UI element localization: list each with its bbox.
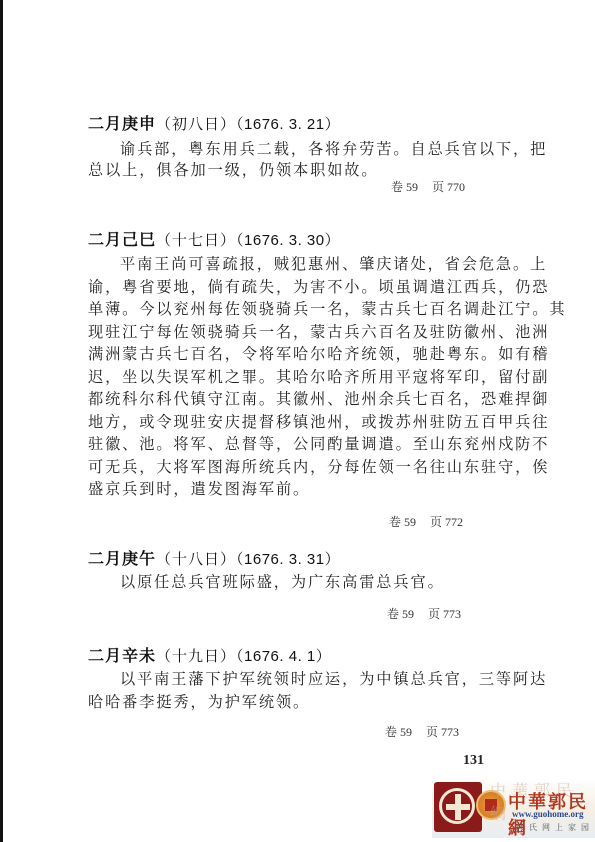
watermark-slogan: 郭氏网上家园 [516, 822, 594, 833]
reference-page: 页 773 [428, 607, 461, 621]
entry-lunar-day: （十九日） [156, 647, 236, 665]
entry-text-line: 盛京兵到时，遣发图海军前。 [88, 479, 530, 499]
entry-text-line: 可无兵，大将军图海所统兵内，分每佐领一名往山东驻守，俟 [88, 457, 530, 477]
reference-volume: 卷 59 [389, 515, 416, 529]
entry-text-line: 谕，粤省要地，倘有疏失，为害不小。顷虽调遣江西兵，仍恐 [88, 277, 530, 297]
page-left-border [0, 0, 3, 842]
entry-text-line: 驻徽、池。将军、总督等，公同酌量调遣。至山东兖州戍防不 [88, 434, 530, 454]
reference-volume: 卷 59 [385, 725, 412, 739]
entry-lunar-day: （初八日） [156, 115, 236, 133]
entry-heading: 二月庚申（初八日）（1676. 3. 21） [88, 114, 340, 135]
entry-text-line: 以平南王藩下护军统领时应运，为中镇总兵官，三等阿达 [120, 669, 530, 689]
source-reference: 卷 59页 772 [389, 515, 463, 529]
entry-date: 二月己巳 [88, 230, 156, 249]
entry-lunar-day: （十七日） [156, 231, 236, 249]
entry-gregorian-date: （1676. 3. 21） [236, 116, 340, 133]
reference-volume: 卷 59 [387, 607, 414, 621]
entry-text-line: 哈哈番李挺秀，为护军统领。 [88, 692, 530, 712]
entry-gregorian-date: （1676. 3. 31） [236, 551, 340, 568]
entry-text-line: 平南王尚可喜疏报，贼犯惠州、肇庆诸处，省会危急。上 [120, 254, 530, 274]
entry-date: 二月庚午 [88, 549, 156, 568]
entry-heading: 二月己巳（十七日）（1676. 3. 30） [88, 230, 340, 251]
entry-date: 二月庚申 [88, 114, 156, 133]
reference-page: 页 770 [432, 180, 465, 194]
emblem-icon [434, 782, 482, 832]
entry-text-line: 迟，坐以失误军机之罪。其哈尔哈齐所用平寇将军印，留付副 [88, 367, 530, 387]
entry-text-line: 满洲蒙古兵七百名，令将军哈尔哈齐统领，驰赴粤东。如有稽 [88, 344, 530, 364]
entry-text-line: 总以上，俱各加一级，仍领本职如故。 [88, 160, 530, 180]
entry-text-line: 地方，或令现驻安庆提督移镇池州，或拨苏州驻防五百甲兵往 [88, 412, 530, 432]
source-reference: 卷 59页 770 [391, 180, 465, 194]
reference-page: 页 772 [430, 515, 463, 529]
entry-gregorian-date: （1676. 4. 1） [236, 648, 331, 665]
source-reference: 卷 59页 773 [387, 607, 461, 621]
entry-text-line: 现驻江宁每佐领骁骑兵一名，蒙古兵六百名及驻防徽州、池洲 [88, 322, 530, 342]
entry-text-line: 都统科尔科代镇守江南。其徽州、池州余兵七百名，恐难捍御 [88, 389, 530, 409]
site-watermark-logo: 中華郭民網 中華郭民網 www.guohome.org 郭氏网上家园 [432, 778, 595, 838]
entry-text-line: 以原任总兵官班际盛，为广东高雷总兵官。 [120, 572, 530, 592]
entry-date: 二月辛未 [88, 646, 156, 665]
entry-text-line: 谕兵部，粤东用兵二载，各将弁劳苦。自总兵官以下，把 [120, 139, 530, 159]
watermark-url: www.guohome.org [512, 809, 584, 819]
entry-lunar-day: （十八日） [156, 550, 236, 568]
reference-page: 页 773 [426, 725, 459, 739]
entry-gregorian-date: （1676. 3. 30） [236, 232, 340, 249]
reference-volume: 卷 59 [391, 180, 418, 194]
entry-heading: 二月辛未（十九日）（1676. 4. 1） [88, 646, 331, 667]
entry-text-line: 单薄。今以兖州每佐领骁骑兵一名，蒙古兵七百名调赴江宁。其 [88, 299, 530, 319]
page-number: 131 [463, 753, 484, 769]
entry-heading: 二月庚午（十八日）（1676. 3. 31） [88, 549, 340, 570]
source-reference: 卷 59页 773 [385, 725, 459, 739]
